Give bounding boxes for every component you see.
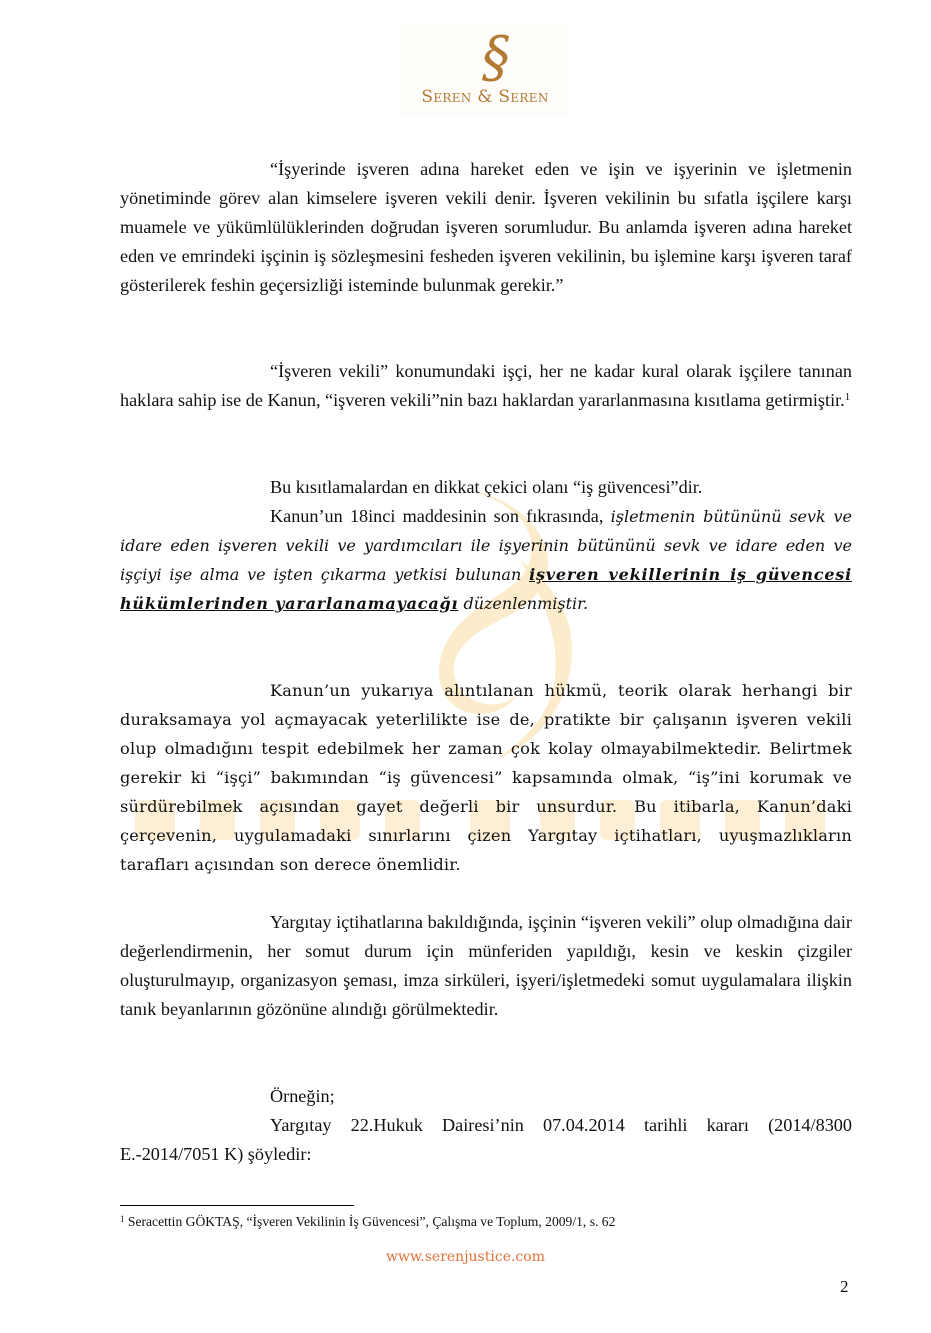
- document-page: § Seren & Seren “İşyerinde işveren adına…: [0, 0, 931, 1333]
- paragraph-practice: Kanun’un yukarıya alıntılanan hükmü, teo…: [120, 676, 852, 879]
- paragraph-quote: “İşyerinde işveren adına hareket eden ve…: [120, 155, 852, 300]
- paragraph-text: Yargıtay 22.Hukuk Dairesi’nin 07.04.2014…: [120, 1111, 852, 1169]
- plain-text: Kanun’un 18inci maddesinin son fıkrasınd…: [270, 506, 611, 526]
- footnote-text: Seracettin GÖKTAŞ, “İşveren Vekilinin İş…: [125, 1214, 616, 1229]
- paragraph-text: Bu kısıtlamalardan en dikkat çekici olan…: [120, 473, 852, 502]
- paragraph-text: “İşveren vekili” konumundaki işçi, her n…: [120, 357, 852, 415]
- paragraph-case-law: Yargıtay içtihatlarına bakıldığında, işç…: [120, 908, 852, 1024]
- page-number: 2: [840, 1277, 849, 1297]
- footnote-ref[interactable]: 1: [845, 391, 851, 403]
- paragraph-employer-representative: “İşveren vekili” konumundaki işçi, her n…: [120, 357, 852, 415]
- paragraph-text: Kanun’un yukarıya alıntılanan hükmü, teo…: [120, 676, 852, 879]
- paragraph-text: “İşyerinde işveren adına hareket eden ve…: [120, 155, 852, 300]
- paragraph-example: Örneğin; Yargıtay 22.Hukuk Dairesi’nin 0…: [120, 1082, 852, 1169]
- paragraph-text: Yargıtay içtihatlarına bakıldığında, işç…: [120, 908, 852, 1024]
- website-link[interactable]: www.serenjustice.com: [0, 1249, 931, 1265]
- paragraph-restrictions: Bu kısıtlamalardan en dikkat çekici olan…: [120, 473, 852, 618]
- footnote: 1 Seracettin GÖKTAŞ, “İşveren Vekilinin …: [120, 1214, 615, 1230]
- logo-monogram-icon: §: [400, 30, 570, 86]
- paragraph-text: Kanun’un 18inci maddesinin son fıkrasınd…: [120, 502, 852, 618]
- firm-logo: § Seren & Seren: [400, 26, 570, 116]
- italic-tail: düzenlenmiştir.: [458, 594, 588, 613]
- paragraph-text: Örneğin;: [120, 1082, 852, 1111]
- firm-name: Seren & Seren: [400, 87, 570, 107]
- footnote-separator: [120, 1205, 354, 1206]
- paragraph-body: “İşveren vekili” konumundaki işçi, her n…: [120, 361, 852, 410]
